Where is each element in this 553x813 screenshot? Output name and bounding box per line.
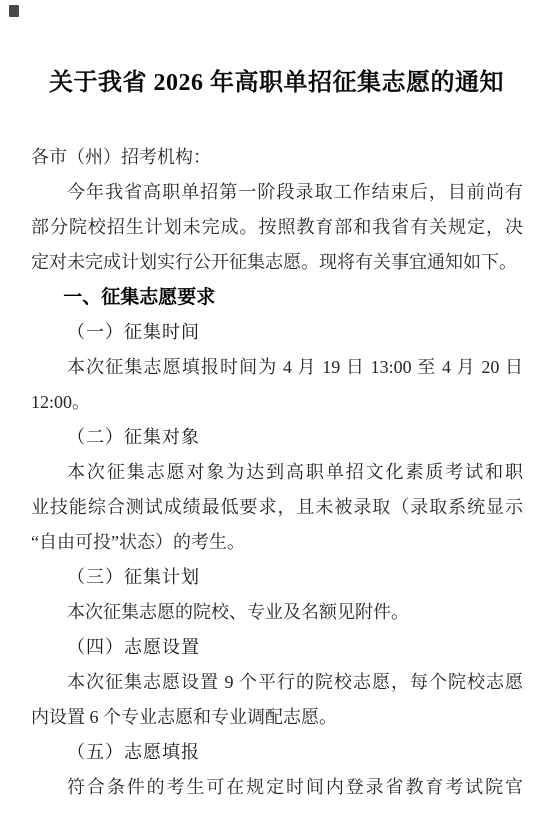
para-target-line-1: 本次征集志愿对象为达到高职单招文化素质考试和职	[31, 455, 523, 490]
para-filing-line-1: 符合条件的考生可在规定时间内登录省教育考试院官	[31, 770, 523, 805]
para-plan-line-1: 本次征集志愿的院校、专业及名额见附件。	[31, 595, 523, 630]
para-intro-line-2: 部分院校招生计划未完成。按照教育部和我省有关规定，决	[31, 210, 523, 245]
para-setup-line-1: 本次征集志愿设置 9 个平行的院校志愿，每个院校志愿	[31, 665, 523, 700]
notice-body: 各市（州）招考机构： 今年我省高职单招第一阶段录取工作结束后，目前尚有 部分院校…	[31, 140, 523, 805]
subsection-heading-filing: （五）志愿填报	[31, 735, 523, 770]
para-intro-line-3: 定对未完成计划实行公开征集志愿。现将有关事宜通知如下。	[31, 245, 523, 280]
subsection-heading-target: （二）征集对象	[31, 420, 523, 455]
subsection-heading-setup: （四）志愿设置	[31, 630, 523, 665]
section-heading-requirements: 一、征集志愿要求	[31, 280, 523, 315]
para-intro-line-1: 今年我省高职单招第一阶段录取工作结束后，目前尚有	[31, 175, 523, 210]
salutation-line: 各市（州）招考机构：	[31, 140, 523, 175]
notice-title: 关于我省 2026 年高职单招征集志愿的通知	[0, 0, 553, 100]
para-target-line-3: “自由可投”状态）的考生。	[31, 525, 523, 560]
para-target-line-2: 业技能综合测试成绩最低要求，且未被录取（录取系统显示	[31, 490, 523, 525]
corner-scan-mark	[9, 5, 19, 17]
subsection-heading-plan: （三）征集计划	[31, 560, 523, 595]
para-time-line-1: 本次征集志愿填报时间为 4 月 19 日 13:00 至 4 月 20 日	[31, 350, 523, 385]
para-setup-line-2: 内设置 6 个专业志愿和专业调配志愿。	[31, 700, 523, 735]
para-time-line-2: 12:00。	[31, 385, 523, 420]
subsection-heading-time: （一）征集时间	[31, 315, 523, 350]
notice-document-page: 关于我省 2026 年高职单招征集志愿的通知 各市（州）招考机构： 今年我省高职…	[0, 0, 553, 813]
